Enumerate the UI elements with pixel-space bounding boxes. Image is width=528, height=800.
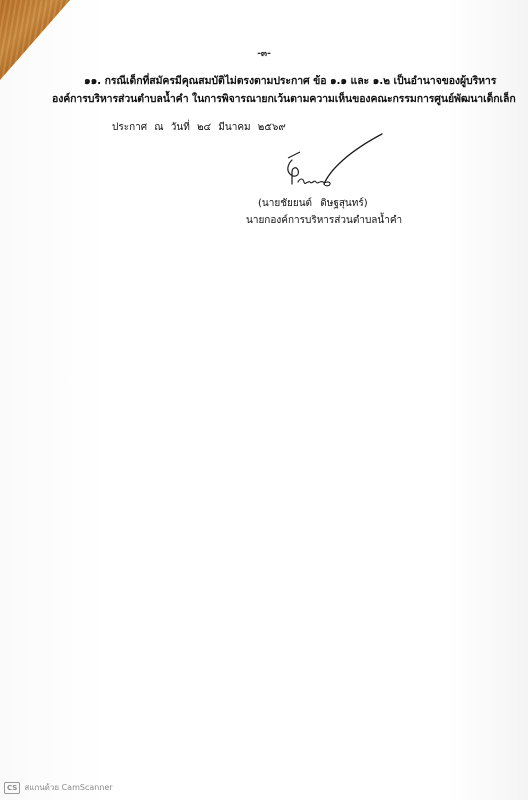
signatory-name: (นายชัยยนต์ ดิษฐสุนทร์) <box>258 196 368 211</box>
page-number: -๓- <box>0 46 528 60</box>
clause-11-line-2: องค์การบริหารส่วนตำบลน้ำคำ ในการพิจารณาย… <box>52 90 516 107</box>
signature-image <box>278 130 388 190</box>
watermark-text: สแกนด้วย CamScanner <box>24 781 112 794</box>
scanned-page-corner <box>0 0 70 80</box>
signatory-title: นายกองค์การบริหารส่วนตำบลน้ำคำ <box>246 213 402 228</box>
clause-11-line-1: ๑๑. กรณีเด็กที่สมัครมีคุณสมบัติไม่ตรงตาม… <box>84 72 496 89</box>
announcement-date: ประกาศ ณ วันที่ ๒๔ มีนาคม ๒๕๖๙ <box>112 120 286 135</box>
camscanner-watermark: CS สแกนด้วย CamScanner <box>4 781 113 794</box>
camscanner-logo-icon: CS <box>4 782 20 794</box>
document-page: -๓- ๑๑. กรณีเด็กที่สมัครมีคุณสมบัติไม่ตร… <box>0 0 528 800</box>
